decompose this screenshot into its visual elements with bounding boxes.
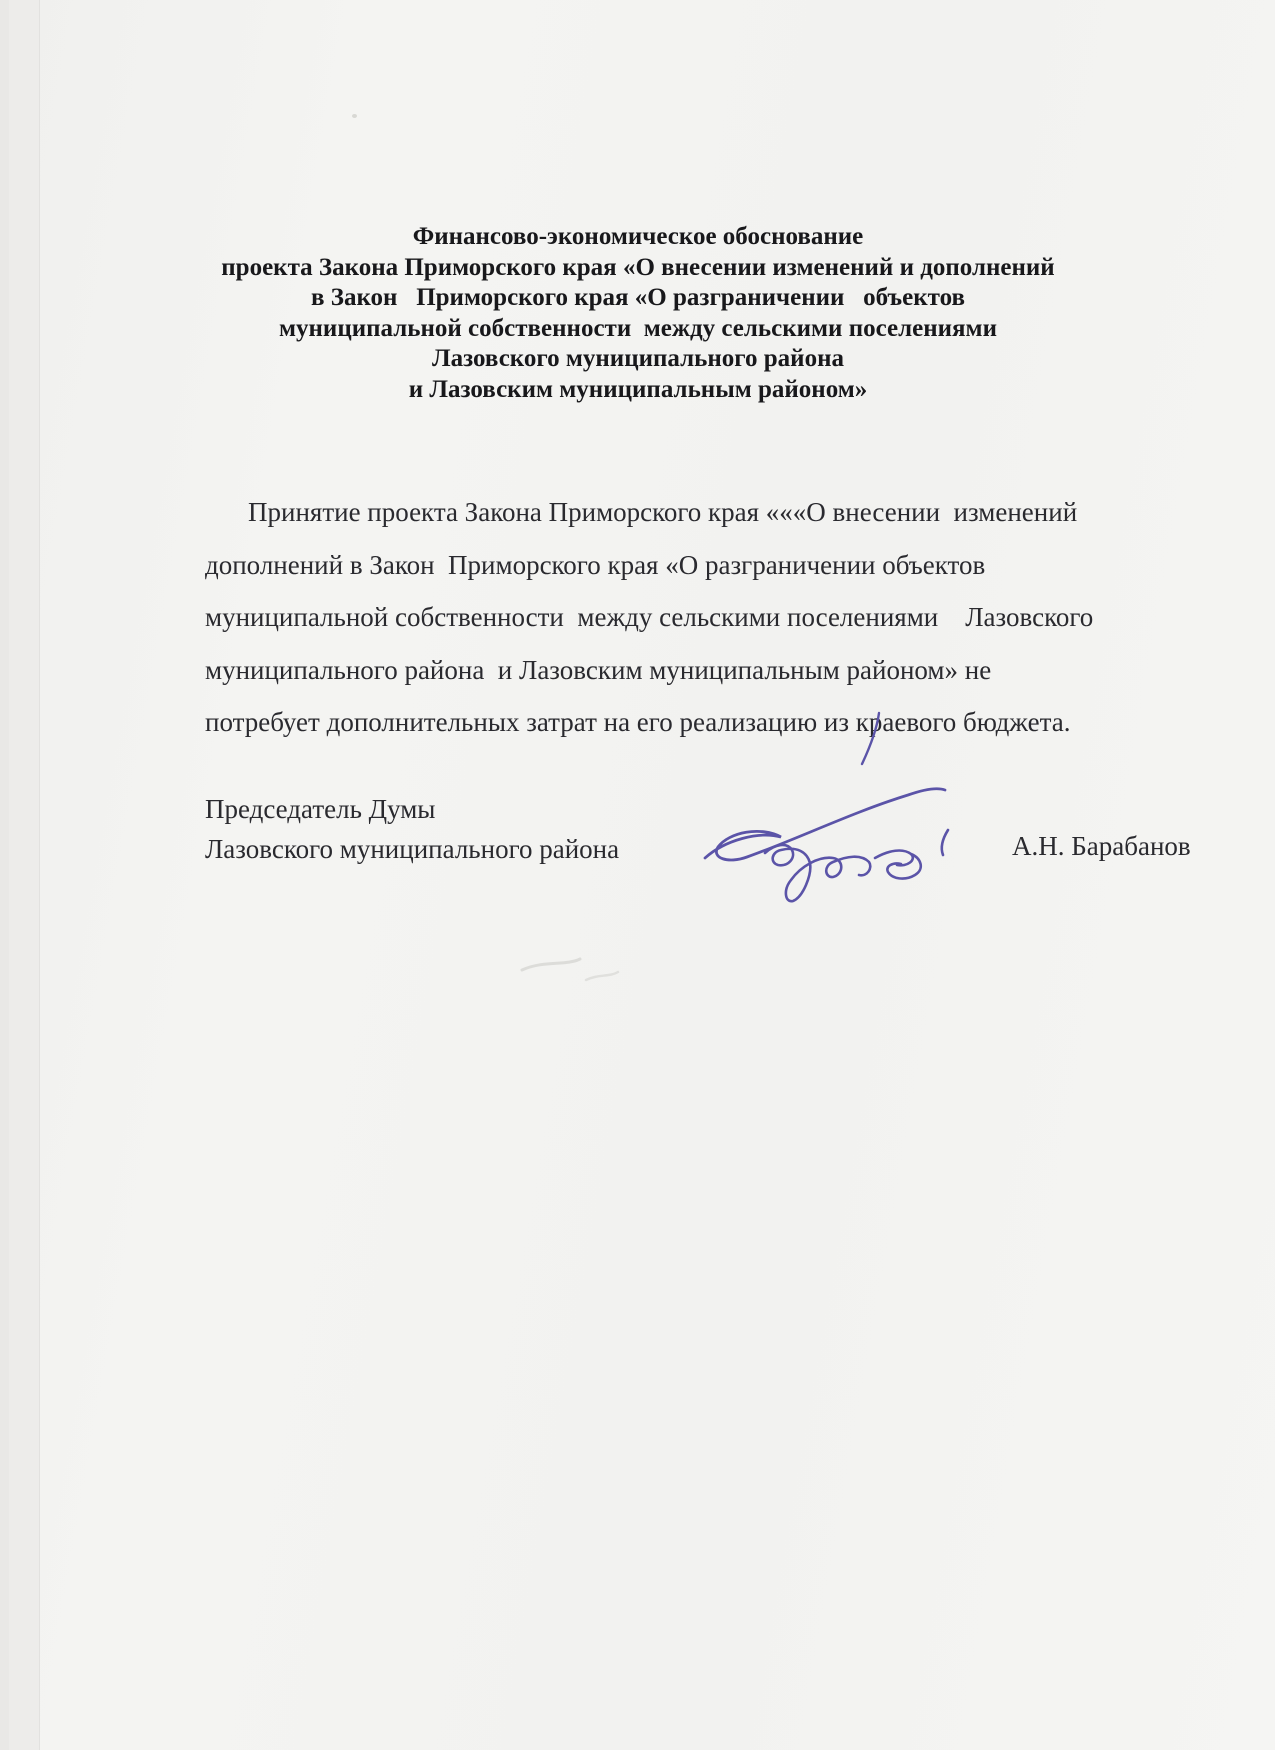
signatory-name: А.Н. Барабанов	[1012, 831, 1191, 862]
body-line: муниципальной собственности между сельск…	[205, 591, 1085, 644]
handwritten-signature	[695, 700, 965, 912]
scan-speck	[352, 114, 357, 118]
title-line: и Лазовским муниципальным районом»	[203, 375, 1073, 406]
body-line: муниципального района и Лазовским муници…	[205, 644, 1085, 697]
title-line: муниципальной собственности между сельск…	[203, 314, 1073, 345]
pencil-smudge	[510, 940, 640, 1000]
signature-role-district: Лазовского муниципального района	[205, 829, 619, 869]
title-line: Финансово-экономическое обоснование	[203, 222, 1073, 253]
title-line: проекта Закона Приморского края «О внесе…	[203, 253, 1073, 284]
body-line: дополнений в Закон Приморского края «О р…	[205, 539, 1085, 592]
document-title: Финансово-экономическое обоснование прое…	[203, 222, 1073, 405]
scanned-document-page: Финансово-экономическое обоснование прое…	[0, 0, 1275, 1750]
scanner-page-edge-shadow	[0, 0, 9, 1750]
signature-role-block: Председатель Думы Лазовского муниципальн…	[205, 789, 619, 869]
title-line: в Закон Приморского края «О разграничени…	[203, 283, 1073, 314]
scanner-page-edge	[0, 0, 40, 1750]
signature-role-title: Председатель Думы	[205, 789, 619, 829]
body-line: Принятие проекта Закона Приморского края…	[205, 486, 1085, 539]
title-line: Лазовского муниципального района	[203, 344, 1073, 375]
